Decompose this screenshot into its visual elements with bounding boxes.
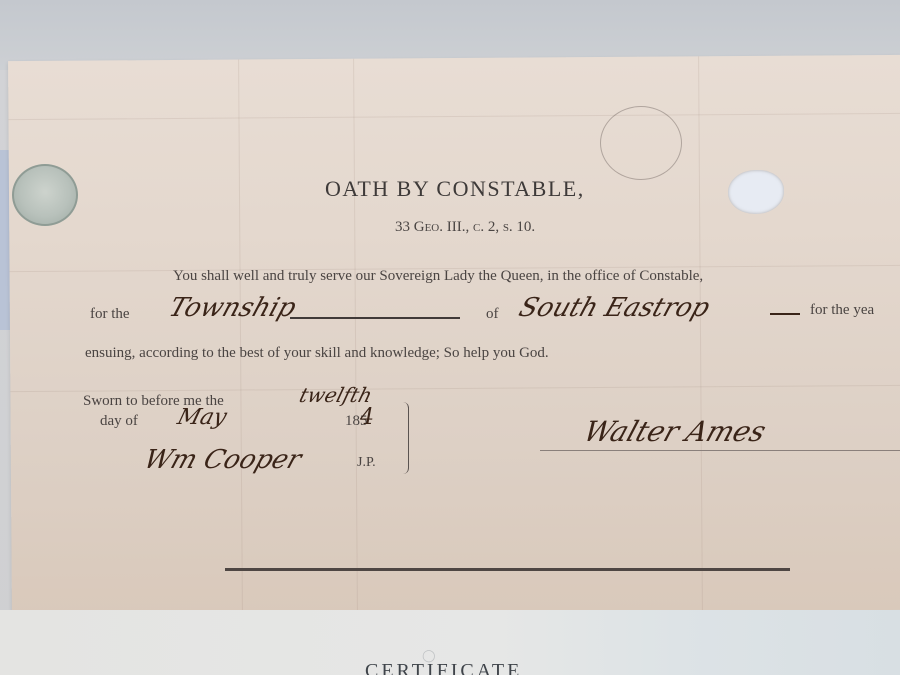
fold-crease (698, 56, 703, 611)
oath-document (8, 55, 900, 616)
constable-signature: Walter Ames (580, 415, 771, 448)
oath-text-line-3: ensuing, according to the best of your s… (85, 345, 549, 362)
fold-crease (353, 59, 358, 614)
of-label: of (486, 306, 499, 323)
handwritten-day: twelfth (297, 383, 375, 407)
seal-icon (12, 164, 78, 226)
statute-reference: 33 Geo. III., c. 2, s. 10. (395, 219, 535, 236)
justice-signature: Wm Cooper (140, 445, 305, 475)
handwritten-month: May (175, 405, 230, 430)
document-title: OATH BY CONSTABLE, (325, 176, 585, 202)
handwritten-year-digit: 4 (360, 405, 374, 430)
signature-line (540, 450, 900, 451)
jp-label: J.P. (357, 455, 376, 471)
punched-hole (728, 170, 784, 214)
lower-sheet-heading: CERTIFICATE (365, 660, 522, 675)
for-the-year-label: for the yea (810, 302, 874, 319)
fold-crease (238, 60, 243, 615)
postmark-stamp (600, 106, 682, 180)
bottom-rule (225, 568, 790, 571)
fill-line (290, 317, 460, 319)
for-the-label: for the (90, 306, 130, 323)
fill-line (770, 313, 800, 315)
handwritten-office-unit: Township (165, 293, 300, 323)
bracket-mark (402, 402, 409, 474)
handwritten-place: South Eastrop (515, 293, 713, 323)
fold-crease (10, 385, 900, 392)
oath-text-line-1: You shall well and truly serve our Sover… (173, 268, 703, 285)
day-of-label: day of (100, 413, 138, 430)
fold-crease (8, 113, 900, 120)
